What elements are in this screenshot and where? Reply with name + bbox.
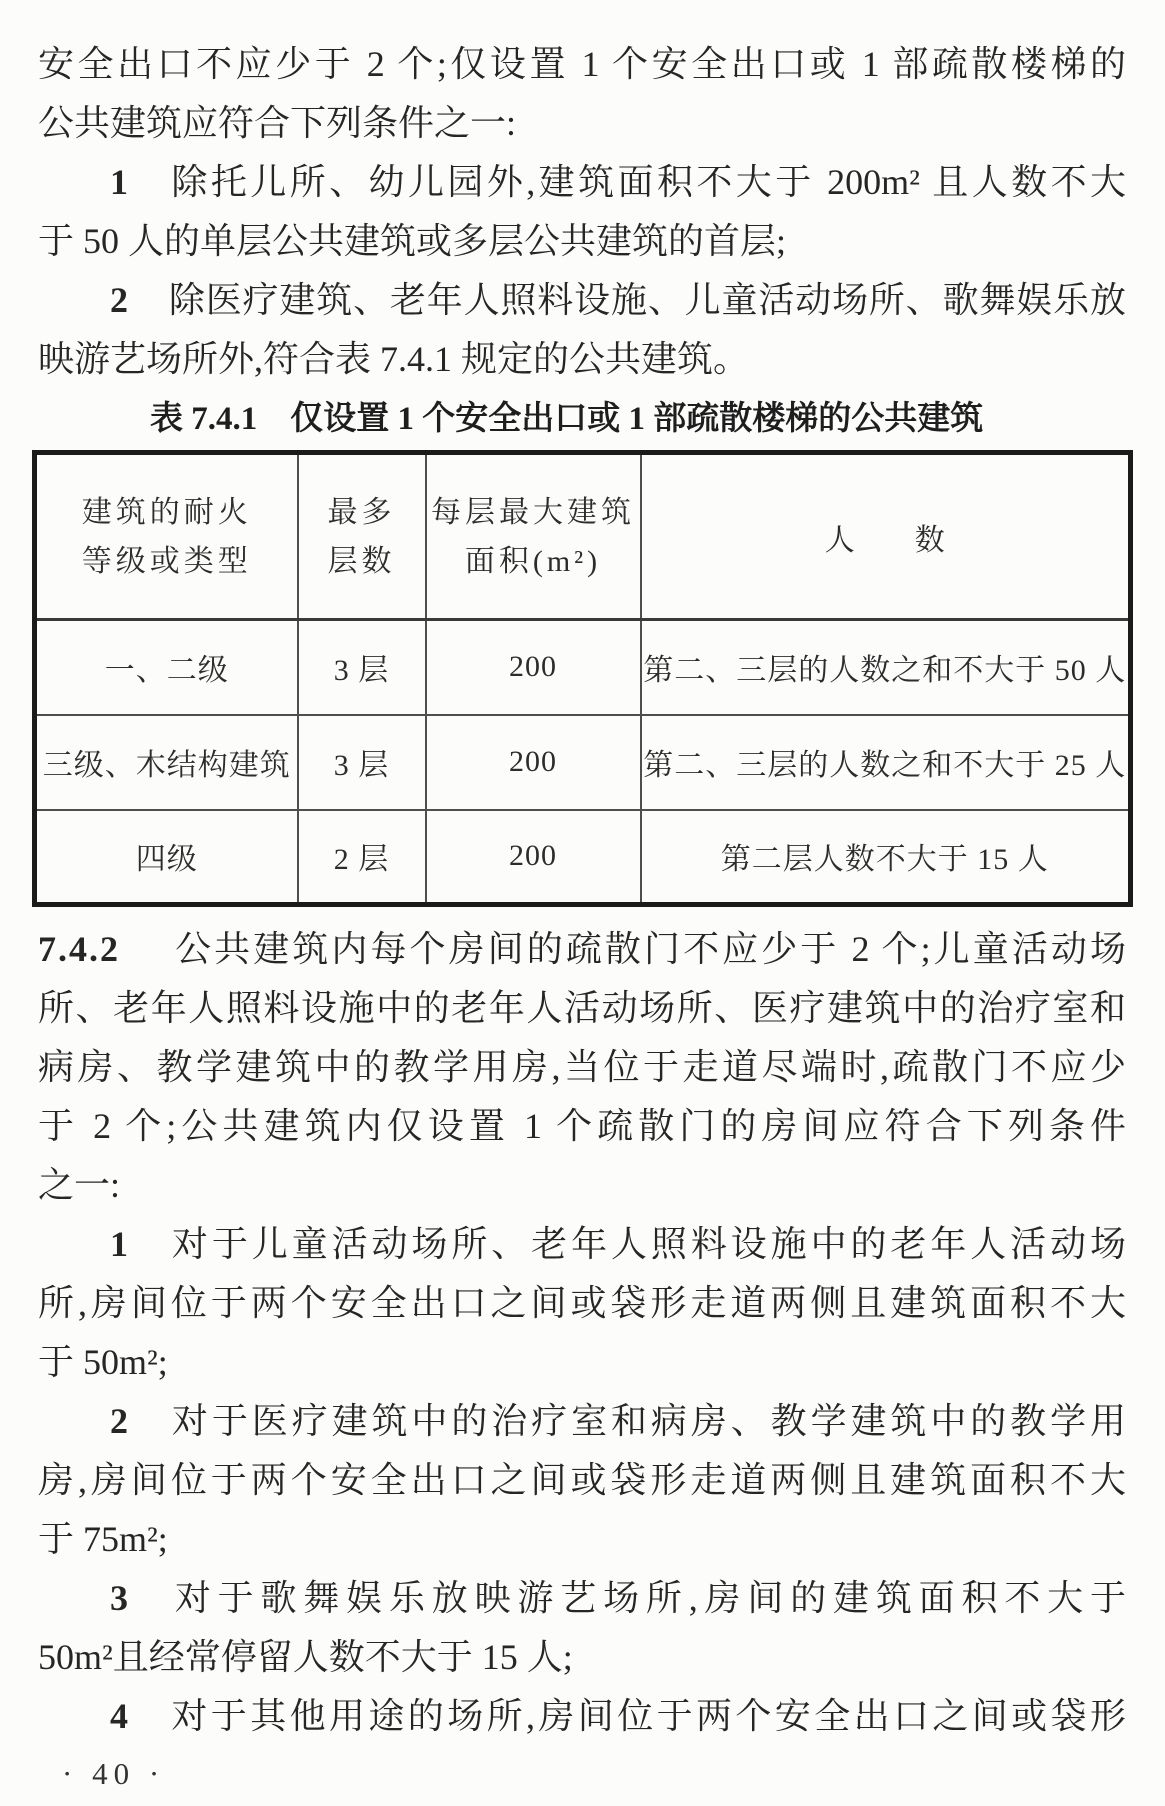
clause-1-line: 于 50m²; [38, 1333, 1126, 1392]
section-7-4-2-line: 7.4.2公共建筑内每个房间的疏散门不应少于 2 个;儿童活动场 [38, 920, 1126, 979]
section-7-4-2-line: 所、老年人照料设施中的老年人活动场所、医疗建筑中的治疗室和 [38, 979, 1126, 1038]
paragraph-line: 公共建筑应符合下列条件之一: [38, 94, 1126, 153]
section-7-4-2-line: 于 2 个;公共建筑内仅设置 1 个疏散门的房间应符合下列条件 [38, 1097, 1126, 1156]
section-number: 7.4.2 [38, 929, 172, 969]
header-cell-max-floor-area: 每层最大建筑 面积(m²) [426, 453, 641, 620]
section-7-4-2-line: 之一: [38, 1156, 1126, 1215]
cell-rating: 三级、木结构建筑 [35, 715, 298, 810]
clause-2-line: 于 75m²; [38, 1510, 1126, 1569]
clause-number: 4 [110, 1696, 168, 1736]
table-row: 三级、木结构建筑 3 层 200 第二、三层的人数之和不大于 25 人 [35, 715, 1131, 810]
header-cell-people-count: 人 数 [641, 453, 1131, 620]
header-cell-max-storeys: 最多 层数 [298, 453, 426, 620]
header-cell-fire-rating: 建筑的耐火 等级或类型 [35, 453, 298, 620]
cell-area: 200 [426, 810, 641, 905]
table-header-row: 建筑的耐火 等级或类型 最多 层数 每层最大建筑 面积(m²) 人 数 [35, 453, 1131, 620]
cell-storeys: 3 层 [298, 715, 426, 810]
clause-number: 1 [110, 162, 168, 202]
clause-2-line: 2除医疗建筑、老年人照料设施、儿童活动场所、歌舞娱乐放 [38, 271, 1126, 330]
table-title: 表 7.4.1 仅设置 1 个安全出口或 1 部疏散楼梯的公共建筑 [38, 389, 1126, 450]
clause-1-line: 1除托儿所、幼儿园外,建筑面积不大于 200m² 且人数不大 [38, 153, 1126, 212]
clause-number: 3 [110, 1578, 168, 1618]
clause-1-line: 1对于儿童活动场所、老年人照料设施中的老年人活动场 [38, 1215, 1126, 1274]
table-7-4-1: 建筑的耐火 等级或类型 最多 层数 每层最大建筑 面积(m²) 人 数 [32, 450, 1133, 907]
clause-3-line: 3对于歌舞娱乐放映游艺场所,房间的建筑面积不大于 [38, 1569, 1126, 1628]
spacer [38, 907, 1126, 920]
clause-3-line: 50m²且经常停留人数不大于 15 人; [38, 1628, 1126, 1687]
table-row: 一、二级 3 层 200 第二、三层的人数之和不大于 50 人 [35, 620, 1131, 715]
section-7-4-2-line: 病房、教学建筑中的教学用房,当位于走道尽端时,疏散门不应少 [38, 1038, 1126, 1097]
clause-1-line: 于 50 人的单层公共建筑或多层公共建筑的首层; [38, 212, 1126, 271]
page-number: · 40 · [38, 1746, 1126, 1801]
clause-2-line: 房,房间位于两个安全出口之间或袋形走道两侧且建筑面积不大 [38, 1451, 1126, 1510]
document-page: 安全出口不应少于 2 个;仅设置 1 个安全出口或 1 部疏散楼梯的 公共建筑应… [0, 0, 1165, 1806]
clause-number: 1 [110, 1224, 168, 1264]
clause-number: 2 [110, 280, 168, 320]
table-row: 四级 2 层 200 第二层人数不大于 15 人 [35, 810, 1131, 905]
cell-area: 200 [426, 620, 641, 715]
clause-4-line: 4对于其他用途的场所,房间位于两个安全出口之间或袋形 [38, 1687, 1126, 1746]
cell-rating: 一、二级 [35, 620, 298, 715]
cell-area: 200 [426, 715, 641, 810]
cell-storeys: 3 层 [298, 620, 426, 715]
paragraph-line: 安全出口不应少于 2 个;仅设置 1 个安全出口或 1 部疏散楼梯的 [38, 35, 1126, 94]
cell-people: 第二、三层的人数之和不大于 50 人 [641, 620, 1131, 715]
cell-storeys: 2 层 [298, 810, 426, 905]
clause-2-line: 2对于医疗建筑中的治疗室和病房、教学建筑中的教学用 [38, 1392, 1126, 1451]
cell-people: 第二、三层的人数之和不大于 25 人 [641, 715, 1131, 810]
text-column: 安全出口不应少于 2 个;仅设置 1 个安全出口或 1 部疏散楼梯的 公共建筑应… [0, 0, 1165, 1801]
cell-people: 第二层人数不大于 15 人 [641, 810, 1131, 905]
clause-number: 2 [110, 1401, 168, 1441]
cell-rating: 四级 [35, 810, 298, 905]
clause-1-line: 所,房间位于两个安全出口之间或袋形走道两侧且建筑面积不大 [38, 1274, 1126, 1333]
clause-2-line: 映游艺场所外,符合表 7.4.1 规定的公共建筑。 [38, 330, 1126, 389]
